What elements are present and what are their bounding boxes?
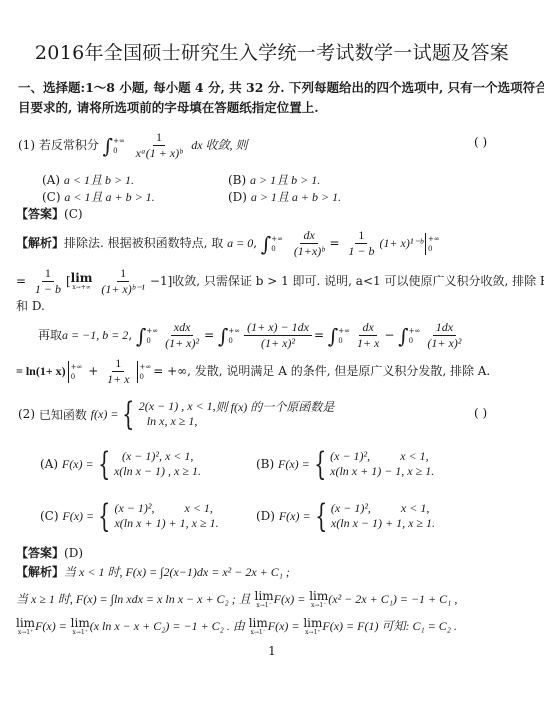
document-title: 2016年全国硕士研究生入学统一考试数学一试题及答案 bbox=[0, 38, 544, 65]
integrand-fraction: 1xᵃ(1 + x)ᵇ bbox=[133, 130, 186, 161]
option-1D: (D) a > 1且 a + b > 1. bbox=[228, 188, 341, 205]
analysis-1-line2: = 11 − b[limx→+∞ 1(1+ x)ᵇ⁻¹−1]收敛, 只需保证 b… bbox=[16, 266, 544, 297]
option-2B: (B) F(x) ={(x − 1)², x < 1,x(ln x + 1) −… bbox=[256, 448, 434, 480]
option-1B: (B) a > 1且 b > 1. bbox=[228, 171, 320, 188]
section-heading-line1: 一、选择题:1～8 小题, 每小题 4 分, 共 32 分. 下列每题给出的四个… bbox=[18, 78, 544, 96]
option-1C: (C) a < 1且 a + b > 1. bbox=[42, 188, 155, 205]
page-number: 1 bbox=[0, 644, 544, 658]
integral-sign: ∫ bbox=[103, 134, 113, 158]
analysis-1-line3: 和 D. bbox=[16, 297, 45, 314]
option-2A: (A) F(x) ={(x − 1)², x < 1,x(ln x − 1) ,… bbox=[40, 448, 201, 480]
question-2-stem: (2) 已知函数 f(x) = { 2(x − 1) , x < 1,ln x,… bbox=[18, 398, 334, 430]
answer-bracket-2: ( ) bbox=[474, 406, 487, 420]
answer-bracket-1: ( ) bbox=[474, 135, 487, 149]
question-number: (1) bbox=[18, 138, 35, 152]
analysis-2-line2: 当 x ≥ 1 时, F(x) = ∫ln xdx = x ln x − x +… bbox=[16, 590, 457, 609]
stem-suffix: dx 收敛, 则 bbox=[191, 138, 247, 152]
integral-limits: +∞0 bbox=[113, 136, 125, 156]
analysis-2-line3: limx→1⁺F(x) = limx→1⁺(x ln x − x + C₂) =… bbox=[16, 617, 457, 636]
section-heading-line2: 目要求的, 请将所选项前的字母填在答题纸指定位置上. bbox=[18, 98, 319, 116]
answer-2: 【答案】(D) bbox=[16, 544, 83, 561]
left-brace: { bbox=[122, 398, 134, 430]
integral-sign: ∫ bbox=[261, 232, 271, 256]
analysis-1-line1: 【解析】排除法. 根据被积函数特点, 取 a = 0, ∫+∞0 dx(1+x)… bbox=[16, 228, 442, 259]
analysis-1-line4: 再取a = −1, b = 2, ∫+∞0xdx(1+ x)²= ∫+∞0(1+… bbox=[38, 320, 466, 351]
option-2C: (C) F(x) ={(x − 1)², x < 1,x(ln x + 1) +… bbox=[40, 500, 219, 532]
stem-prefix: 若反常积分 bbox=[39, 138, 99, 152]
question-1-stem: (1) 若反常积分 ∫+∞0 1xᵃ(1 + x)ᵇ dx 收敛, 则 bbox=[18, 130, 248, 161]
option-1A: (A) a < 1且 b > 1. bbox=[42, 171, 134, 188]
option-2D: (D) F(x) ={(x − 1)², x < 1,x(ln x − 1) +… bbox=[256, 500, 435, 532]
answer-1: 【答案】(C) bbox=[16, 205, 83, 222]
analysis-1-line5: = ln(1+ x)+∞0 + 11+ x+∞0= +∞, 发散, 说明满足 A… bbox=[16, 356, 490, 387]
analysis-2-line1: 【解析】当 x < 1 时, F(x) = ∫2(x−1)dx = x² − 2… bbox=[16, 563, 290, 580]
